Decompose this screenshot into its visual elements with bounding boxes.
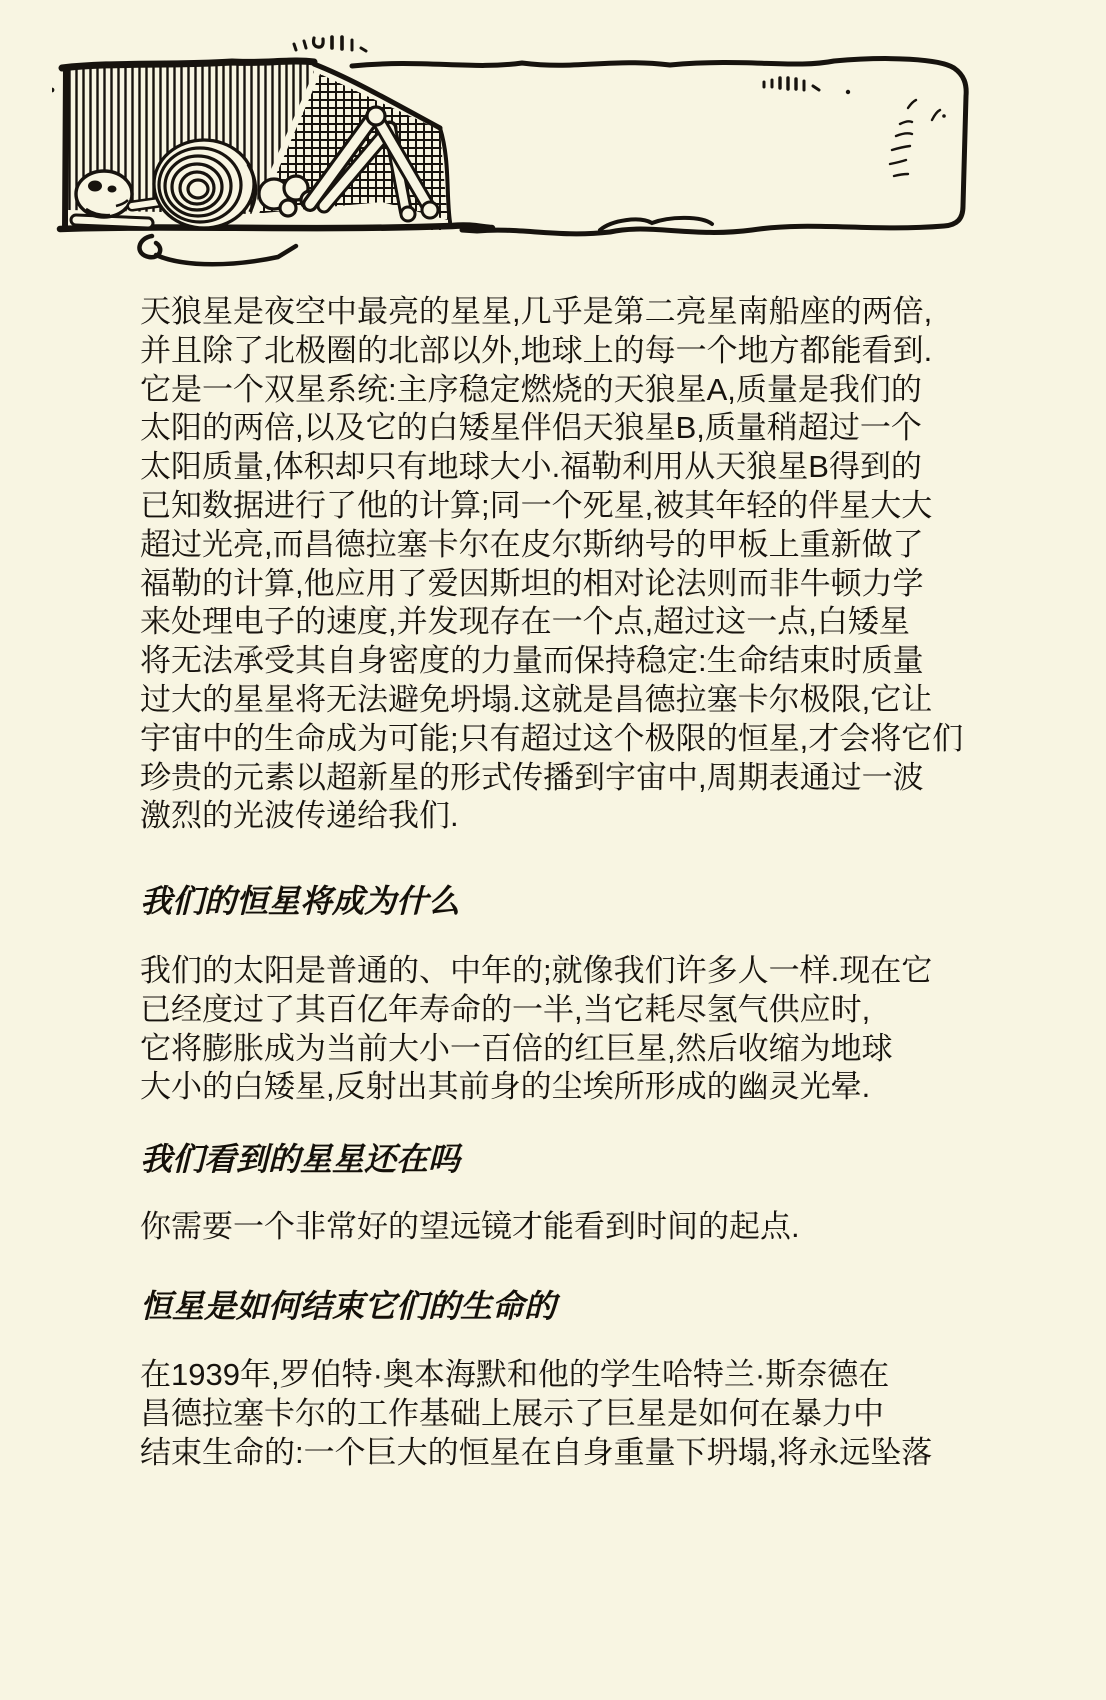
heading-how-stars-end: 恒星是如何结束它们的生命的 xyxy=(140,1287,1020,1325)
curl-ornament xyxy=(139,236,296,264)
neck-bones xyxy=(132,202,160,206)
ribcage xyxy=(154,140,256,228)
skeleton-illustration xyxy=(52,24,992,269)
paragraph-oppenheimer: 在1939年,罗伯特·奥本海默和他的学生哈特兰·斯奈德在 昌德拉塞卡尔的工作基础… xyxy=(140,1356,1020,1472)
skull-icon xyxy=(76,171,132,217)
top-dash-marks xyxy=(294,37,366,51)
heading-what-our-star-will-become: 我们的恒星将成为什么 xyxy=(140,882,1020,920)
paragraph-our-sun: 我们的太阳是普通的、中年的;就像我们许多人一样.现在它 已经度过了其百亿年寿命的… xyxy=(140,952,1020,1107)
heading-are-stars-still-there: 我们看到的星星还在吗 xyxy=(140,1140,1020,1178)
book-page: 天狼星是夜空中最亮的星星,几乎是第二亮星南船座的两倍, 并且除了北极圈的北部以外… xyxy=(0,0,1106,1700)
paragraph-telescope: 你需要一个非常好的望远镜才能看到时间的起点. xyxy=(140,1208,1020,1247)
paragraph-sirius: 天狼星是夜空中最亮的星星,几乎是第二亮星南船座的两倍, 并且除了北极圈的北部以外… xyxy=(140,293,1020,836)
arm-bone xyxy=(76,220,148,223)
